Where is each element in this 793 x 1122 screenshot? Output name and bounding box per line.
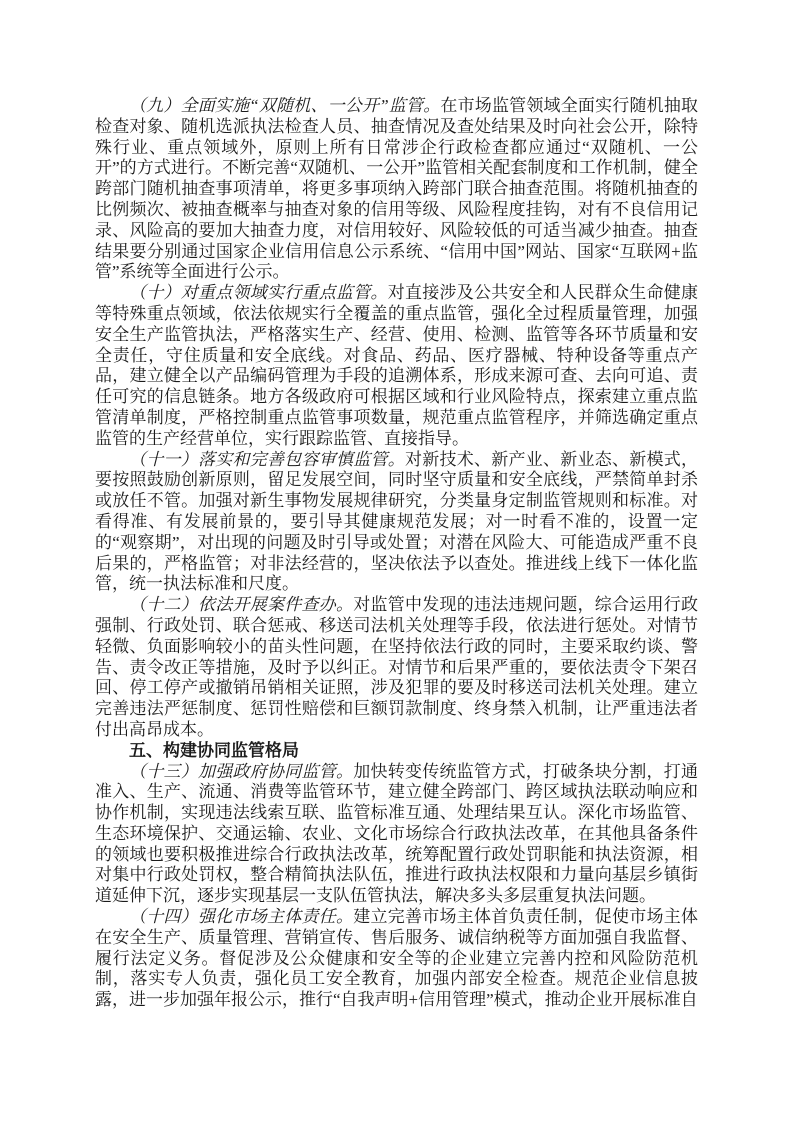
clause-9-paragraph: （九）全面实施“双随机、一公开”监管。在市场监管领域全面实行随机抽取检查对象、随… <box>95 96 698 283</box>
clause-11-lead: （十一）落实和完善包容审慎监管。 <box>129 450 405 469</box>
clause-10-paragraph: （十）对重点领域实行重点监管。对直接涉及公共安全和人民群众生命健康等特殊重点领域… <box>95 283 698 449</box>
document-body: （九）全面实施“双随机、一公开”监管。在市场监管领域全面实行随机抽取检查对象、随… <box>95 96 698 1011</box>
clause-9-lead: （九）全面实施“双随机、一公开”监管。 <box>129 96 440 115</box>
clause-13-body: 加快转变传统监管方式，打破条块分割，打通准入、生产、流通、消费等监管环节，建立健… <box>95 762 698 906</box>
clause-12-lead: （十二）依法开展案件查办。 <box>129 595 353 614</box>
clause-12-paragraph: （十二）依法开展案件查办。对监管中发现的违法违规问题，综合运用行政强制、行政处罚… <box>95 595 698 741</box>
clause-14-paragraph: （十四）强化市场主体责任。建立完善市场主体首负责任制，促使市场主体在安全生产、质… <box>95 907 698 1011</box>
clause-10-lead: （十）对重点领域实行重点监管。 <box>129 283 388 302</box>
clause-13-paragraph: （十三）加强政府协同监管。加快转变传统监管方式，打破条块分割，打通准入、生产、流… <box>95 762 698 908</box>
clause-13-lead: （十三）加强政府协同监管。 <box>129 762 353 781</box>
clause-11-body: 对新技术、新产业、新业态、新模式，要按照鼓励创新原则，留足发展空间，同时坚守质量… <box>95 450 698 594</box>
clause-14-lead: （十四）强化市场主体责任。 <box>129 907 353 926</box>
section-5-heading: 五、构建协同监管格局 <box>95 741 698 762</box>
clause-12-body: 对监管中发现的违法违规问题，综合运用行政强制、行政处罚、联合惩戒、移送司法机关处… <box>95 595 698 739</box>
clause-9-body: 在市场监管领域全面实行随机抽取检查对象、随机选派执法检查人员、抽查情况及查处结果… <box>95 96 698 281</box>
document-page: （九）全面实施“双随机、一公开”监管。在市场监管领域全面实行随机抽取检查对象、随… <box>0 0 793 1122</box>
clause-10-body: 对直接涉及公共安全和人民群众生命健康等特殊重点领域，依法依规实行全覆盖的重点监管… <box>95 283 698 448</box>
clause-11-paragraph: （十一）落实和完善包容审慎监管。对新技术、新产业、新业态、新模式，要按照鼓励创新… <box>95 450 698 596</box>
